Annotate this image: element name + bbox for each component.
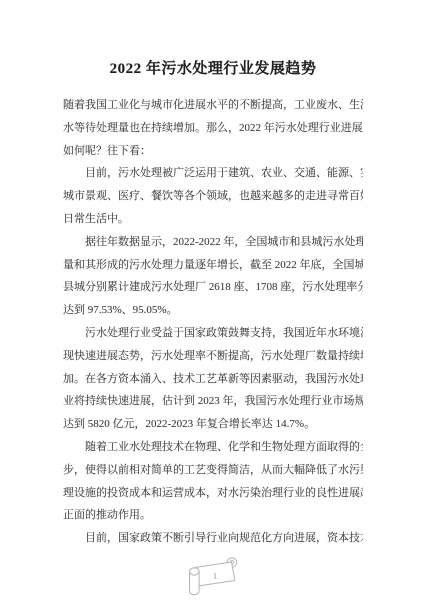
text-line: 如何呢？往下看： xyxy=(63,140,363,163)
text-line: 县城分别累计建成污水处理厂 2618 座、1708 座，污水处理率分别 xyxy=(63,276,363,299)
page-number: 1 xyxy=(213,571,217,580)
text-line: 目前，国家政策不断引导行业向规范化方向进展，资本技术实力 xyxy=(63,527,363,550)
document-body: 随着我国工业化与城市化进展水平的不断提高，工业废水、生活废水等待处理量也在持续增… xyxy=(63,94,363,550)
text-line: 水等待处理量也在持续增加。那么，2022 年污水处理行业进展趋势 xyxy=(63,117,363,140)
paragraph: 目前，污水处理被广泛运用于建筑、农业、交通、能源、实话、城市景观、医疗、餐饮等各… xyxy=(63,162,363,230)
text-line: 达到 97.53%、95.05%。 xyxy=(63,299,363,322)
paragraph: 据往年数据显示，2022-2022 年，全国城市和县城污水处理厂数量和其形成的污… xyxy=(63,231,363,322)
text-line: 现快速进展态势，污水处理率不断提高，污水处理厂数量持续增 xyxy=(63,345,363,368)
text-line: 加。在各方资本涌入、技术工艺革新等因素驱动，我国污水处理行 xyxy=(63,368,363,391)
text-line: 污水处理行业受益于国家政策鼓舞支持，我国近年水环境治理呈 xyxy=(63,322,363,345)
text-line: 目前，污水处理被广泛运用于建筑、农业、交通、能源、实话、 xyxy=(63,162,363,185)
text-line: 量和其形成的污水处理力量逐年增长，截至 2022 年底，全国城市和 xyxy=(63,254,363,277)
scroll-page-number-icon: 1 xyxy=(182,553,242,597)
document-title: 2022 年污水处理行业发展趋势 xyxy=(63,57,363,81)
paragraph: 随着我国工业化与城市化进展水平的不断提高，工业废水、生活废水等待处理量也在持续增… xyxy=(63,94,363,162)
text-line: 城市景观、医疗、餐饮等各个领域，也越来越多的走进寻常百姓的 xyxy=(63,185,363,208)
text-line: 达到 5820 亿元，2022-2023 年复合增长率达 14.7%。 xyxy=(63,413,363,436)
text-line: 据往年数据显示，2022-2022 年，全国城市和县城污水处理厂数 xyxy=(63,231,363,254)
text-line: 理设施的投资成本和运营成本，对水污染治理行业的良性进展起到 xyxy=(63,482,363,505)
document-page: 2022 年污水处理行业发展趋势 随着我国工业化与城市化进展水平的不断提高，工业… xyxy=(0,0,424,600)
text-line: 日常生活中。 xyxy=(63,208,363,231)
page-footer: 1 xyxy=(182,553,242,597)
paragraph: 随着工业水处理技术在物理、化学和生物处理方面取得的全面进步，使得以前相对简单的工… xyxy=(63,436,363,527)
text-line: 业将持续快速进展，估计到 2023 年，我国污水处理行业市场规模将 xyxy=(63,390,363,413)
text-line: 步，使得以前相对简单的工艺变得简洁，从而大幅降低了水污染治 xyxy=(63,459,363,482)
text-line: 随着工业水处理技术在物理、化学和生物处理方面取得的全面进 xyxy=(63,436,363,459)
paragraph: 污水处理行业受益于国家政策鼓舞支持，我国近年水环境治理呈现快速进展态势，污水处理… xyxy=(63,322,363,436)
text-line: 正面的推动作用。 xyxy=(63,504,363,527)
text-line: 随着我国工业化与城市化进展水平的不断提高，工业废水、生活废 xyxy=(63,94,363,117)
paragraph: 目前，国家政策不断引导行业向规范化方向进展，资本技术实力 xyxy=(63,527,363,550)
